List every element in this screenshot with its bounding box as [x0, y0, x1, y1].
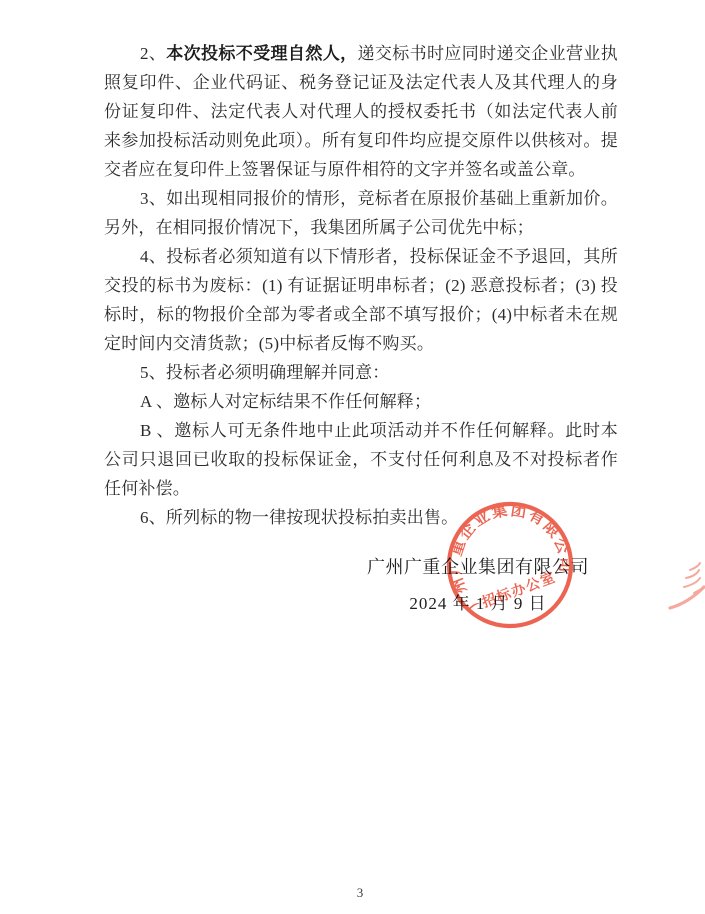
paragraph-5: 5、投标者必须明确理解并同意：: [104, 358, 618, 387]
paragraph-5b: B 、邀标人可无条件地中止此项活动并不作任何解释。此时本公司只退回已收取的投标保…: [104, 416, 618, 503]
paragraph-2-bold-clause: 本次投标不受理自然人，: [166, 44, 357, 63]
signature-company-name: 广州广重企业集团有限公司: [353, 554, 603, 580]
paragraph-2: 2、本次投标不受理自然人，递交标书时应同时递交企业营业执照复印件、企业代码证、税…: [104, 39, 618, 184]
paragraph-6: 6、所列标的物一律按现状投标拍卖出售。: [104, 503, 618, 532]
paragraph-5a: A 、邀标人对定标结果不作任何解释；: [104, 387, 618, 416]
paragraph-4: 4、投标者必须知道有以下情形者，投标保证金不予退回，其所交投的标书为废标：(1)…: [104, 242, 618, 358]
document-page: 2、本次投标不受理自然人，递交标书时应同时递交企业营业执照复印件、企业代码证、税…: [0, 0, 705, 914]
signature-date: 2024 年 1 月 9 日: [353, 589, 603, 614]
page-number: 3: [350, 885, 370, 901]
paragraph-3: 3、如出现相同报价的情形，竞标者在原报价基础上重新加价。另外，在相同报价情况下，…: [104, 184, 618, 242]
document-body: 2、本次投标不受理自然人，递交标书时应同时递交企业营业执照复印件、企业代码证、税…: [104, 39, 618, 532]
paragraph-2-text: 递交标书时应同时递交企业营业执照复印件、企业代码证、税务登记证及法定代表人及其代…: [104, 44, 618, 179]
signature-block: 广州广重企业集团有限公司 2024 年 1 月 9 日: [353, 554, 603, 614]
paragraph-2-number: 2、: [140, 44, 166, 63]
partial-stamp-fragment-icon: [660, 540, 705, 650]
